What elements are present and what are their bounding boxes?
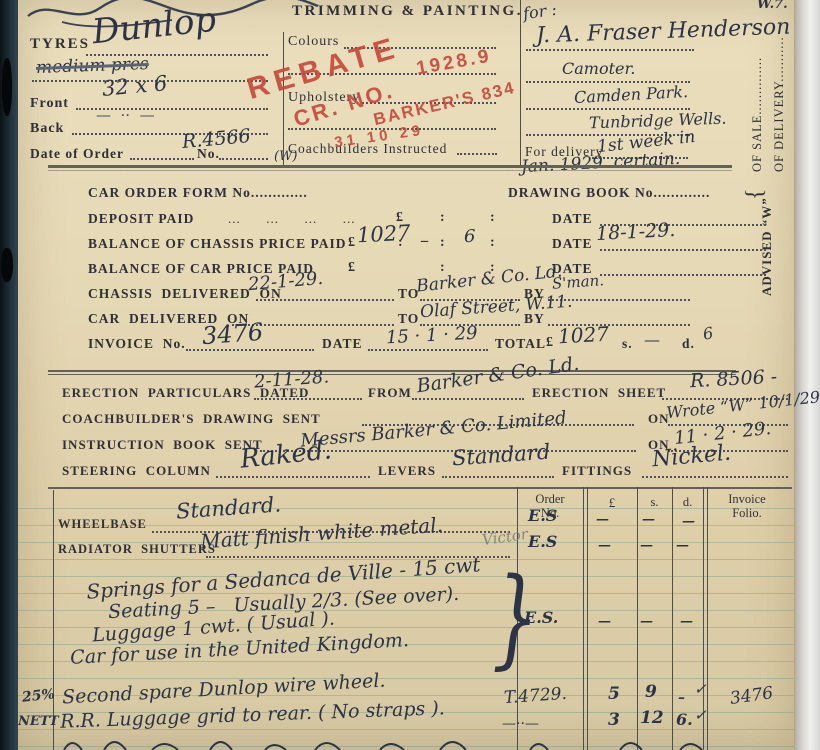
margin-line	[53, 490, 54, 750]
deposit-paid-label: DEPOSIT PAID	[88, 211, 194, 227]
tick-mark: ✓	[694, 680, 707, 698]
invoice-number-label: INVOICE No.	[88, 336, 186, 352]
column-line	[637, 487, 638, 750]
luggage-grid-shillings: 12	[640, 708, 664, 728]
scan-background	[795, 0, 820, 750]
dotted-rule	[600, 274, 766, 276]
invoice-folio-header-line2: Folio.	[707, 506, 787, 521]
column-line	[583, 487, 584, 750]
corner-annotation: W.7.	[757, 0, 788, 12]
pound-sign: £	[546, 335, 554, 351]
luggage-grid-pounds: 3	[608, 710, 620, 730]
spec-pounds-dash: —	[598, 614, 611, 629]
drawing-book-label: DRAWING BOOK No.............	[508, 185, 710, 201]
tyres-label: TYRES	[30, 36, 90, 53]
wheelbase-label: WHEELBASE	[58, 517, 147, 532]
dotted-rule	[254, 398, 362, 400]
to-label: TO	[398, 311, 419, 327]
shillings-header: s.	[637, 495, 672, 510]
instruction-book-label: INSTRUCTION BOOK SENT	[62, 437, 263, 453]
trimming-painting-title: TRIMMING & PAINTING.	[292, 3, 523, 20]
spare-wheel-pounds: 5	[608, 684, 620, 704]
fittings-label: FITTINGS	[562, 463, 632, 479]
total-pounds-value: 1027	[557, 322, 609, 349]
spare-wheel-shillings: 9	[645, 682, 657, 702]
address-house: Camoter.	[562, 59, 635, 78]
date-label: DATE	[552, 236, 593, 252]
wheelbase-pounds-dash: —	[596, 512, 609, 527]
erection-sheet-value: R. 8506 -	[689, 366, 777, 393]
erection-sheet-label: ERECTION SHEET	[532, 385, 666, 401]
colon: :	[490, 210, 496, 226]
chassis-amount-shillings: –	[420, 230, 429, 251]
wheelbase-shillings-dash: —	[642, 512, 655, 527]
pence-header: d.	[672, 495, 703, 510]
total-shillings-value: —	[644, 330, 660, 349]
coachbuilders-drawing-label: COACHBUILDER'S DRAWING SENT	[62, 411, 321, 427]
pound-sign: £	[348, 235, 356, 251]
radiator-shillings-dash: —	[640, 538, 653, 553]
steering-column-label: STEERING COLUMN	[62, 463, 211, 479]
dotted-rule	[216, 476, 370, 478]
balance-chassis-label: BALANCE OF CHASSIS PRICE PAID	[88, 236, 347, 252]
dotted-rule	[526, 108, 690, 110]
dotted-rule	[457, 153, 497, 155]
back-ditto-marks: — ·· —	[96, 106, 155, 124]
leader-dots-text: ... ... ... ...	[228, 211, 356, 227]
spec-shillings-dash: —	[640, 614, 653, 629]
pence-label: d.	[682, 336, 695, 352]
levers-label: LEVERS	[378, 463, 436, 479]
spare-wheel-pence-dash: –	[678, 690, 685, 706]
shillings-label: s.	[622, 336, 633, 352]
colon: :	[440, 235, 446, 251]
section-divider	[48, 165, 732, 168]
cutoff-handwriting	[60, 738, 720, 750]
by-label: BY	[524, 311, 545, 327]
dotted-rule	[442, 476, 554, 478]
of-sale-vertical-label: OF SALE..............	[750, 57, 765, 172]
column-line	[672, 487, 673, 750]
car-order-form-label: CAR ORDER FORM No.............	[88, 185, 308, 201]
colon: :	[490, 235, 496, 251]
column-line	[707, 487, 708, 750]
column-line	[520, 0, 521, 168]
pounds-header: £	[587, 495, 637, 511]
front-label: Front	[30, 96, 69, 112]
luggage-grid-pence: 6.	[676, 710, 693, 729]
margin-note-discount: 25%	[21, 686, 55, 705]
dotted-rule	[526, 49, 694, 51]
binding-mark	[1, 248, 13, 282]
from-label: FROM	[368, 385, 412, 401]
order-no-header-line1: Order	[517, 492, 583, 507]
tick-mark: ✓	[694, 706, 707, 724]
ledger-page-scan: TYRES Dunlop medium pres Front 32 x 6 Ba…	[0, 0, 820, 750]
binding-mark	[2, 58, 12, 116]
section-divider	[48, 374, 736, 375]
chassis-paid-date: 18-1-29.	[595, 219, 675, 245]
pound-sign: £	[348, 260, 356, 276]
column-line	[283, 32, 284, 166]
dotted-rule	[219, 158, 268, 160]
radiator-pounds-dash: —	[598, 538, 611, 553]
invoice-number-value: 3476	[201, 318, 264, 350]
radiator-shutters-label: RADIATOR SHUTTERS	[58, 542, 216, 557]
spec-order-no: E.S.	[524, 608, 558, 627]
radiator-pence-dash: —	[676, 538, 689, 553]
colours-label: Colours	[288, 34, 339, 50]
dotted-rule	[600, 249, 766, 251]
date-label: DATE	[322, 336, 363, 352]
wheelbase-pence-dash: —	[682, 514, 695, 529]
dotted-rule	[412, 398, 524, 400]
brace-glyph: {	[742, 187, 769, 200]
margin-note-nett: NETT	[18, 714, 59, 729]
dotted-rule	[368, 349, 488, 351]
luggage-grid-order-ditto: —··—	[502, 716, 539, 732]
dotted-rule	[256, 299, 394, 301]
section-divider	[48, 170, 732, 171]
of-delivery-vertical-label: OF DELIVERY...........	[772, 36, 787, 172]
chassis-amount-pence: 6	[464, 226, 475, 247]
date-label: DATE	[552, 211, 593, 227]
colon: :	[440, 210, 446, 226]
date-of-order-label: Date of Order	[30, 146, 124, 162]
advised-w-vertical-label: ADVISED “W”	[759, 197, 775, 296]
dotted-rule	[642, 476, 788, 478]
chassis-delivered-by: S'man.	[551, 271, 604, 293]
wheelbase-order-no: E.S	[528, 506, 557, 525]
table-top-rule	[48, 487, 792, 489]
colon: :	[398, 235, 404, 251]
dotted-rule	[130, 158, 194, 160]
invoice-folio-header-line1: Invoice	[707, 492, 787, 507]
radiator-order-no: E.S	[528, 532, 557, 551]
total-label: TOTAL	[495, 336, 546, 352]
spec-pence-dash: —	[680, 614, 693, 629]
back-label: Back	[30, 121, 64, 137]
column-line	[587, 487, 588, 750]
section-divider	[48, 370, 736, 372]
